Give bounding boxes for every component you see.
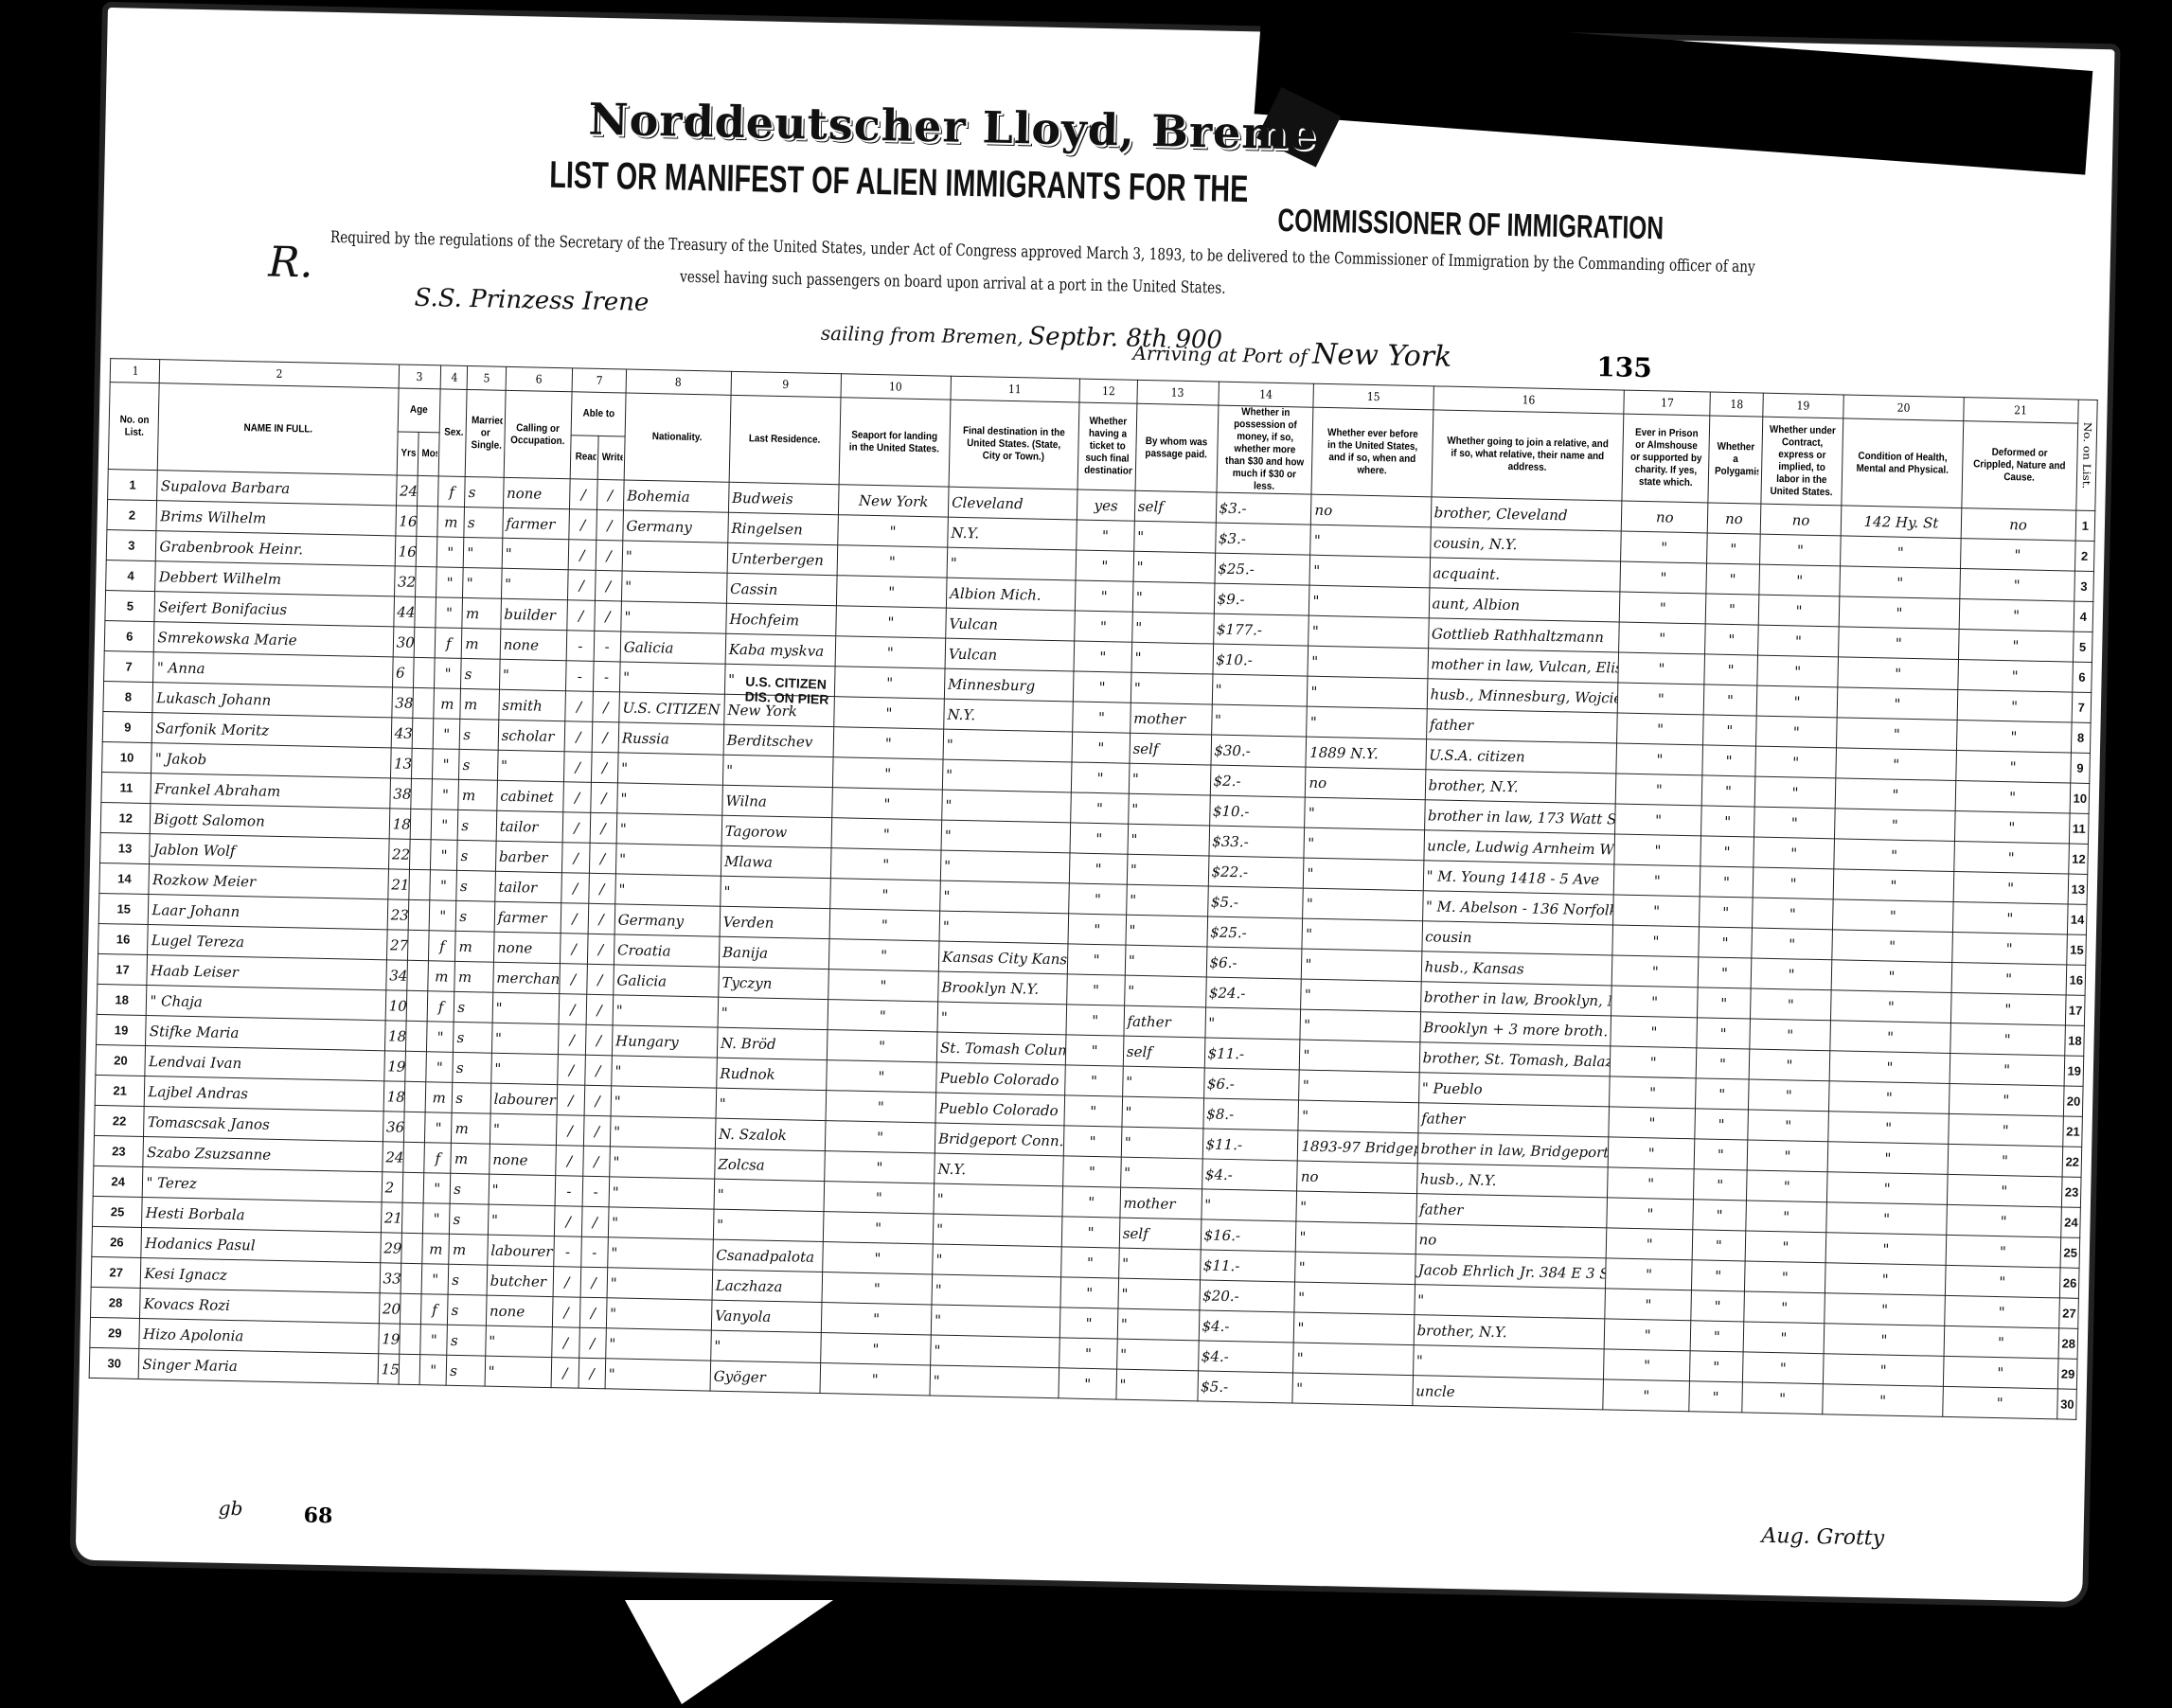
cell-health: " (1836, 748, 1956, 781)
cell-poly: " (1696, 1078, 1749, 1110)
cell-contract: " (1747, 1140, 1828, 1172)
cell-contract: " (1747, 1110, 1828, 1142)
cell-paid: " (1131, 612, 1213, 644)
cell-nat: Russia (618, 722, 724, 755)
cell-prison: " (1620, 592, 1706, 624)
cell-name: Szabo Zsuzsanne (143, 1137, 383, 1172)
cell-money: $4.- (1198, 1341, 1294, 1373)
row-number-label: 27 (109, 1265, 123, 1279)
cell-yrs: 21 (381, 1202, 402, 1233)
cell-port: " (836, 576, 947, 608)
cell-res: Csanadpalota (713, 1239, 824, 1272)
cell-write: / (585, 1024, 613, 1056)
cell-name: Jablon Wolf (150, 834, 389, 869)
cell-name: Kesi Ignacz (141, 1257, 381, 1292)
row-number-label: 1 (129, 478, 136, 492)
cell-right-no: 17 (2065, 995, 2085, 1025)
cell-right-no: 15 (2066, 934, 2086, 965)
cell-mos (403, 1112, 425, 1142)
row-number: X27 (91, 1256, 141, 1288)
cell-res: Kaba myskva (725, 633, 836, 666)
cell-before: " (1299, 1070, 1419, 1103)
manifest-title: LIST OR MANIFEST OF ALIEN IMMIGRANTS FOR… (549, 154, 1249, 211)
cell-prison: " (1606, 1258, 1692, 1290)
cell-poly: " (1704, 654, 1757, 685)
cell-port: " (822, 1272, 933, 1305)
cell-poly: " (1699, 927, 1752, 958)
cell-before: " (1295, 1252, 1415, 1285)
cell-write: / (592, 721, 619, 753)
sailing-label: sailing from Bremen, (821, 322, 1024, 348)
cell-before: " (1302, 918, 1422, 952)
cell-prison: " (1621, 531, 1707, 563)
cell-money: $22.- (1208, 856, 1305, 888)
cell-ms: s (450, 1203, 489, 1235)
cell-sex: " (429, 900, 456, 932)
cell-deformed: " (1945, 1265, 2060, 1298)
cell-nat: " (605, 1359, 711, 1391)
cell-yrs: 10 (385, 990, 407, 1021)
cell-money: $33.- (1208, 826, 1305, 858)
cell-res: Vanyola (711, 1300, 822, 1332)
row-number: X16 (98, 923, 149, 954)
cell-yrs: 19 (384, 1051, 406, 1081)
cell-relative: husb., N.Y. (1416, 1164, 1608, 1198)
cell-paid: " (1124, 975, 1205, 1007)
cell-deformed: " (1959, 569, 2074, 602)
cell-yrs: 15 (378, 1354, 400, 1384)
cell-occ: " (485, 1356, 552, 1387)
cell-contract: " (1753, 867, 1834, 899)
cell-right-no: 28 (2058, 1328, 2078, 1359)
cell-nat: Bohemia (623, 480, 729, 512)
cell-ticket: " (1059, 1338, 1117, 1369)
cell-read: - (555, 1176, 582, 1207)
cell-ticket: " (1070, 823, 1128, 854)
header-age: Age (400, 388, 438, 433)
cell-health: " (1838, 657, 1958, 690)
row-number-label: 13 (118, 841, 133, 855)
cell-paid: " (1121, 1127, 1202, 1159)
cell-right-no: 30 (2056, 1389, 2076, 1419)
cell-occ: " (497, 750, 564, 781)
cell-name: Brims Wilhelm (156, 501, 396, 536)
cell-port: " (828, 1000, 938, 1032)
cell-ticket: " (1060, 1277, 1118, 1308)
cell-nat: Germany (623, 510, 729, 543)
cell-contract: " (1746, 1170, 1827, 1202)
cell-res: Berditschev (723, 724, 834, 756)
cell-ticket: " (1074, 641, 1131, 672)
colnum: 8 (631, 369, 725, 395)
colnum: 10 (846, 374, 946, 400)
cell-health: " (1831, 990, 1951, 1023)
cell-poly: no (1707, 503, 1760, 534)
cell-before: " (1309, 555, 1430, 588)
cell-dest: N.Y. (948, 517, 1077, 550)
cell-yrs: 32 (394, 566, 416, 596)
cell-nat: Germany (614, 904, 721, 936)
cell-res: " (714, 1179, 825, 1211)
cell-relative: no (1415, 1224, 1607, 1258)
cell-read: / (559, 1024, 586, 1056)
letter-mark: R. (268, 239, 313, 288)
cell-right-no: 19 (2064, 1056, 2084, 1086)
row-number-label: 26 (110, 1235, 124, 1249)
cell-mos (409, 869, 431, 899)
cell-ticket: " (1065, 1035, 1123, 1066)
cell-nat: " (615, 874, 721, 906)
cell-paid: " (1129, 763, 1210, 795)
cell-poly: " (1697, 1018, 1750, 1049)
cell-money: " (1212, 674, 1309, 706)
cell-right-no: 3 (2074, 571, 2093, 601)
cell-nat: " (621, 571, 727, 603)
cell-right-no: 22 (2062, 1147, 2082, 1177)
cell-read: - (554, 1237, 581, 1268)
cell-paid: self (1134, 490, 1216, 523)
cell-paid: " (1118, 1278, 1200, 1310)
cell-money: $2.- (1210, 765, 1307, 797)
cell-right-no: 27 (2058, 1298, 2078, 1328)
cell-money: $177.- (1213, 614, 1309, 646)
manifest-title-continued: COMMISSIONER OF IMMIGRATION (1277, 203, 1664, 248)
cell-deformed: " (1948, 1113, 2063, 1147)
row-number: X10 (102, 741, 152, 773)
cell-sex: f (438, 476, 466, 507)
cell-name: Lukasch Johann (152, 683, 392, 718)
cell-paid: " (1128, 824, 1209, 856)
colnum: 13 (1141, 380, 1215, 405)
cell-relative: " (1413, 1345, 1604, 1379)
cell-poly: " (1698, 987, 1751, 1019)
cell-mos (403, 1142, 425, 1172)
cell-write: / (587, 934, 614, 965)
cell-nat: Galicia (620, 632, 726, 664)
cell-poly: " (1703, 685, 1756, 716)
header-health: Condition of Health, Mental and Physical… (1848, 418, 1957, 507)
cell-ticket: " (1063, 1126, 1121, 1157)
cell-health: " (1830, 1021, 1950, 1054)
arriving-port: New York (1312, 338, 1452, 374)
cell-health: " (1840, 596, 1960, 630)
cell-contract: " (1755, 716, 1837, 748)
row-number-label: 24 (111, 1174, 125, 1188)
cell-money: $3.- (1215, 523, 1311, 555)
cell-poly: " (1689, 1381, 1742, 1413)
header-nationality: Nationality. (630, 393, 726, 482)
cell-relative: acquaint. (1429, 558, 1620, 592)
cell-deformed: " (1957, 660, 2073, 693)
cell-nat: " (615, 844, 721, 876)
cell-health: " (1832, 930, 1952, 963)
cell-sex: " (436, 567, 464, 598)
row-number-label: 30 (107, 1356, 121, 1370)
cell-relative: Jacob Ehrlich Jr. 384 E 3 St (1415, 1254, 1606, 1289)
cell-poly: " (1701, 775, 1754, 807)
cell-name: Seifert Bonifacius (154, 592, 394, 627)
cell-mos (399, 1354, 420, 1384)
cell-contract: " (1744, 1261, 1825, 1293)
cell-name: Smrekowska Marie (154, 622, 394, 657)
cell-deformed: " (1948, 1144, 2063, 1177)
cell-ms: " (464, 537, 503, 568)
cell-write: / (588, 903, 615, 934)
cell-name: Laar Johann (149, 895, 388, 930)
cell-health: " (1825, 1324, 1945, 1357)
cell-name: Grabenbrook Heinr. (156, 531, 396, 566)
cell-mos (408, 899, 430, 930)
cell-name: Haab Leiser (147, 955, 386, 990)
header-money: Whether in possession of money, if so, w… (1221, 405, 1309, 494)
cell-dest: Kansas City Kans. (938, 941, 1068, 974)
row-number: 17 (98, 953, 148, 985)
cell-dest: " (932, 1274, 1061, 1308)
cell-yrs: 24 (383, 1142, 404, 1172)
cell-right-no: 25 (2060, 1237, 2080, 1268)
cell-dest: " (941, 820, 1071, 853)
cell-occ: " (502, 538, 569, 569)
cell-prison: " (1607, 1198, 1693, 1230)
cell-dest: " (933, 1244, 1062, 1277)
cell-prison: " (1614, 864, 1700, 897)
cell-ticket: " (1070, 853, 1128, 884)
cell-ticket: " (1065, 1065, 1123, 1096)
officer-signature: Aug. Grotty (1761, 1524, 1884, 1551)
cell-health: " (1829, 1081, 1949, 1114)
cell-name: Singer Maria (139, 1348, 379, 1383)
cell-read: / (553, 1297, 580, 1328)
cell-health: " (1828, 1142, 1949, 1175)
cell-nat: Hungary (612, 1025, 718, 1058)
cell-contract: " (1758, 595, 1840, 627)
cell-nat: " (619, 662, 725, 694)
cell-contract: " (1749, 1049, 1830, 1081)
cell-res: Laczhaza (712, 1270, 823, 1302)
cell-before: " (1309, 615, 1429, 649)
row-number-label: 7 (125, 659, 133, 673)
cell-paid: " (1116, 1339, 1198, 1371)
cell-mos (405, 1051, 427, 1081)
cell-money: $4.- (1202, 1159, 1298, 1191)
cell-before: " (1300, 1009, 1420, 1042)
cell-port: " (823, 1212, 934, 1244)
cell-read: / (562, 812, 590, 844)
cell-money: $9.- (1214, 583, 1310, 615)
header-sex: Sex. (440, 389, 466, 477)
cell-ticket: " (1061, 1247, 1119, 1278)
cell-port: " (834, 697, 945, 729)
cell-ms: s (456, 870, 495, 901)
cell-deformed: " (1955, 750, 2071, 783)
cell-ms: s (452, 1082, 490, 1113)
cell-deformed: no (1961, 508, 2076, 542)
cell-contract: " (1743, 1291, 1825, 1324)
cell-sex: " (426, 1052, 454, 1083)
cell-deformed: " (1949, 1053, 2065, 1086)
cell-contract: " (1743, 1322, 1825, 1354)
cell-nat: " (621, 601, 727, 633)
row-number: 22 (95, 1105, 145, 1136)
cell-port: " (830, 848, 941, 881)
cell-sex: " (430, 870, 457, 901)
cell-right-no: 29 (2057, 1359, 2077, 1389)
cell-sex: " (421, 1264, 449, 1295)
cell-prison: no (1622, 501, 1708, 533)
cell-read: / (569, 509, 596, 541)
cell-health: " (1826, 1233, 1947, 1266)
cell-occ: labourer (490, 1083, 558, 1114)
cell-res: Verden (720, 906, 830, 938)
cell-dest: N.Y. (935, 1153, 1064, 1186)
cell-read: / (558, 1055, 585, 1086)
cell-relative: uncle (1412, 1376, 1603, 1410)
cell-paid: " (1126, 915, 1207, 947)
row-number-label: 15 (116, 901, 131, 916)
ship-name: S.S. Prinzess Irene (414, 284, 649, 317)
cell-read: / (561, 873, 589, 904)
cell-paid: mother (1120, 1187, 1202, 1219)
cell-sex: m (425, 1082, 453, 1113)
cell-prison: " (1619, 622, 1705, 654)
cell-res: Mlawa (721, 845, 831, 878)
arriving-label: Arriving at Port of (1132, 342, 1308, 368)
cell-money: " (1204, 1007, 1301, 1040)
cell-res: " (711, 1330, 822, 1362)
cell-prison: " (1618, 652, 1704, 685)
cell-money: $6.- (1203, 1068, 1300, 1100)
cell-read: / (561, 903, 588, 934)
header-no: No. on List. (111, 383, 157, 471)
cell-ticket: " (1076, 550, 1133, 581)
cell-poly: " (1692, 1230, 1745, 1261)
cell-nat: " (611, 1086, 717, 1118)
cell-money: $3.- (1216, 492, 1312, 525)
cell-mos (415, 566, 436, 596)
cell-read: - (566, 661, 594, 692)
header-relative: Whether going to join a relative, and if… (1441, 410, 1615, 501)
cell-ms: m (460, 688, 499, 720)
cell-health: " (1825, 1293, 1945, 1326)
cell-paid: self (1123, 1036, 1204, 1068)
cell-paid: " (1131, 672, 1212, 704)
cell-mos (404, 1081, 426, 1112)
cell-occ: tailor (495, 871, 562, 902)
cell-prison: " (1617, 713, 1703, 745)
cell-paid: mother (1130, 703, 1211, 735)
manifest-rows: 1Supalova Barbara24fsnone//BohemiaBudwei… (89, 470, 2095, 1420)
cell-before: " (1305, 797, 1425, 830)
cell-prison: " (1605, 1289, 1691, 1321)
colnum: 7 (575, 368, 623, 393)
cell-relative: U.S.A. citizen (1425, 739, 1616, 774)
cell-poly: " (1707, 533, 1760, 564)
cell-prison: " (1616, 743, 1702, 775)
cell-money: " (1211, 704, 1308, 737)
cell-right-no: 26 (2059, 1268, 2079, 1298)
cell-money: $25.- (1214, 553, 1310, 585)
header-name: NAME IN FULL. (169, 383, 386, 475)
cell-before: 1893-97 Bridgep. (1298, 1130, 1418, 1164)
cell-contract: " (1754, 807, 1835, 839)
header-prison: Ever in Prison or Almshouse or supported… (1627, 414, 1706, 503)
cell-write: / (581, 1206, 609, 1237)
cell-before: no (1306, 767, 1426, 800)
cell-res: " (713, 1209, 824, 1241)
cell-mos (409, 839, 431, 869)
cell-port: New York (838, 485, 949, 517)
cell-read: / (555, 1206, 582, 1237)
cell-mos (415, 596, 436, 627)
cell-occ: " (499, 659, 566, 690)
cell-right-no: 12 (2068, 844, 2088, 874)
cell-prison: " (1603, 1379, 1689, 1412)
cell-relative: cousin, N.Y. (1430, 527, 1621, 561)
cell-mos (401, 1263, 422, 1293)
manifest-table: 1 2 3 4 5 6 7 8 9 10 11 12 13 14 15 16 1… (89, 358, 2098, 1420)
row-number-label: 9 (124, 720, 132, 734)
cell-contract: " (1752, 898, 1833, 930)
cell-mos (417, 475, 438, 506)
cell-name: " Anna (153, 652, 393, 687)
cell-money: $4.- (1199, 1310, 1295, 1343)
cell-nat: " (609, 1177, 715, 1209)
cell-name: Rozkow Meier (149, 864, 388, 899)
row-number-label: 6 (126, 629, 134, 643)
cell-occ: labourer (487, 1235, 554, 1266)
cell-before: " (1298, 1100, 1418, 1133)
cell-ticket: " (1059, 1368, 1116, 1399)
cell-nat: " (622, 541, 728, 573)
cell-deformed: " (1946, 1235, 2061, 1268)
cell-prison: " (1613, 895, 1700, 927)
cell-ticket: " (1072, 762, 1130, 793)
cell-paid: " (1131, 642, 1213, 674)
cell-relative: brother in law, 173 Watt Street - George… (1424, 800, 1615, 834)
cell-mos (407, 960, 429, 990)
cell-dest: " (940, 881, 1070, 914)
cell-ms: m (458, 779, 497, 810)
cell-yrs: 6 (392, 657, 414, 687)
cell-money: $6.- (1206, 947, 1303, 979)
cell-dest: " (934, 1183, 1063, 1217)
cell-mos (412, 718, 434, 748)
cell-port: " (827, 1030, 937, 1062)
cell-before: 1889 N.Y. (1306, 737, 1426, 770)
header-passage-paid: By whom was passage paid. (1139, 403, 1214, 492)
cell-ticket: " (1073, 702, 1131, 733)
cell-read: / (562, 843, 590, 874)
cell-mos (401, 1233, 423, 1263)
cell-read: / (553, 1267, 580, 1298)
cell-paid: " (1133, 551, 1215, 583)
cell-relative: father (1415, 1194, 1607, 1228)
cell-res: Hochfeim (726, 603, 837, 635)
cell-ticket: " (1077, 520, 1134, 551)
cell-read: / (564, 721, 592, 753)
cell-mos (413, 657, 435, 687)
cell-sex: " (436, 597, 463, 629)
cell-before: " (1293, 1343, 1414, 1376)
cell-occ: builder (501, 598, 568, 630)
cell-relative: brother in law, Bridgeport, Georg Boduni (1417, 1133, 1609, 1167)
cell-right-no: 21 (2062, 1116, 2082, 1147)
cell-res: Ringelsen (728, 512, 839, 544)
cell-money: $5.- (1197, 1371, 1293, 1403)
cell-ms: s (447, 1325, 486, 1356)
cell-paid: " (1133, 521, 1215, 553)
cell-money: $5.- (1207, 886, 1304, 918)
